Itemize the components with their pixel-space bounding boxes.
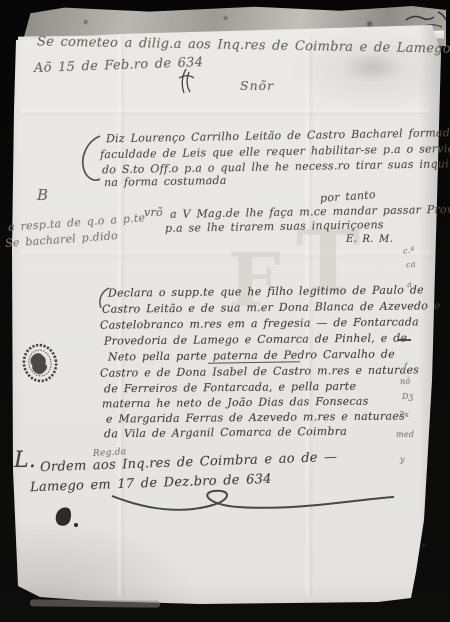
- order-initial: L.: [14, 448, 36, 473]
- signature-swash-flourish: [108, 486, 398, 516]
- edge-note: Dʒ: [402, 392, 413, 401]
- manuscript-photo: F T Se cometeo a dilig.a aos Inq.res de …: [0, 0, 450, 622]
- edge-note: 2x: [399, 410, 409, 419]
- petition-line-4: na forma costumada: [104, 174, 227, 189]
- docket-line-1: Se cometeo a dilig.a aos Inq.res de Coim…: [37, 34, 450, 56]
- ink-blot-dot: [74, 523, 78, 527]
- edge-note: a: [407, 280, 413, 289]
- declaration-line-8: materna he neto de João Dias das Fonseca…: [102, 395, 369, 411]
- declaration-line-6: Castro e de Dona Isabel de Castro m.res …: [100, 363, 419, 379]
- declaration-line-7: de Ferreiros de Fontarcada, e pella part…: [104, 380, 356, 396]
- declaration-line-4: Provedoria de Lamego e Comarca de Pinhel…: [104, 331, 407, 347]
- margin-note-line-1: a resp.ta de q.o a p.te: [8, 211, 146, 234]
- archive-oval-stamp: [14, 336, 67, 390]
- manuscript-content: F T Se cometeo a dilig.a aos Inq.res de …: [0, 0, 450, 622]
- declaration-line-10: da Vila de Arganil Comarca de Coimbra: [104, 425, 347, 441]
- ink-blot: [53, 505, 73, 528]
- declaration-line-1: Declara o supp.te que he filho legitimo …: [108, 283, 424, 299]
- edge-note: y: [400, 455, 405, 464]
- edge-dash-mark: [398, 339, 411, 341]
- margin-mark: vrõ: [144, 206, 163, 219]
- salutation: Snõr: [240, 78, 274, 93]
- declaration-line-2: Castro Leitão e de sua m.er Dona Blanca …: [102, 299, 441, 316]
- paraph-rubric-icon: [176, 66, 196, 96]
- response-signoff: E. R. M.: [346, 234, 393, 245]
- edge-note: ca: [406, 260, 417, 270]
- order-line-1: Ordem aos Inq.res de Coimbra e ao de —: [40, 450, 338, 475]
- edge-note: nõ: [400, 377, 410, 386]
- edge-note: med: [396, 430, 414, 439]
- edge-note: c.ª: [403, 245, 415, 255]
- petition-closing: por tanto: [320, 188, 377, 205]
- declaration-line-9: e Margarida Ferras de Azevedo m.res e na…: [106, 409, 405, 425]
- edge-note: ƒ.: [404, 362, 410, 371]
- paper-speck: [422, 544, 425, 547]
- response-line-1: a V Mag.de lhe faça m.ce mandar passar P…: [170, 202, 450, 221]
- margin-letter-b: B: [37, 186, 48, 204]
- declaration-line-3: Castelobranco m.res em a fregesia — de F…: [100, 315, 419, 331]
